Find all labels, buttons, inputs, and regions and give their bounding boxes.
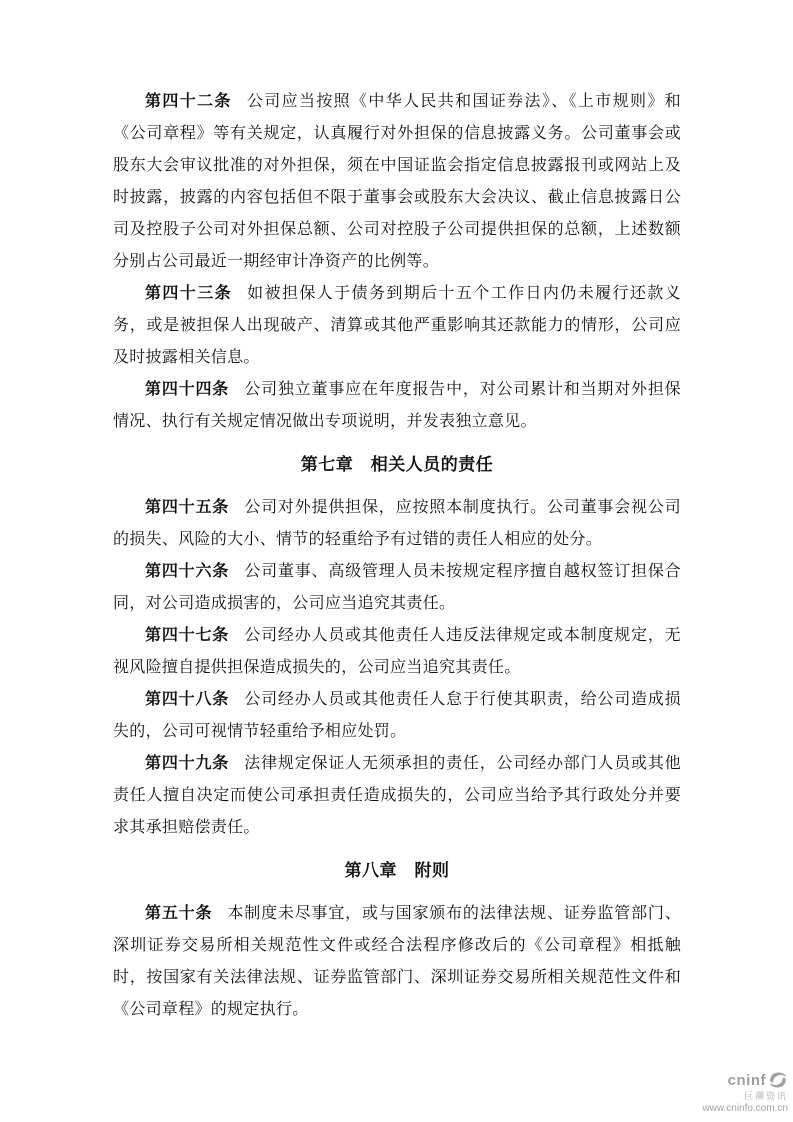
article-paragraph: 第四十六条公司董事、高级管理人员未按规定程序擅自越权签订担保合同，对公司造成损害… bbox=[113, 556, 681, 620]
chapter-heading: 第七章 相关人员的责任 bbox=[113, 449, 681, 481]
cninfo-logo-text: cninf bbox=[728, 1072, 766, 1089]
cninfo-website-url: www.cninfo.com.cn bbox=[702, 1103, 788, 1115]
cninfo-company-name: 巨潮资讯 bbox=[702, 1091, 788, 1101]
article-number: 第四十六条 bbox=[145, 563, 229, 580]
article-text: 公司应当按照《中华人民共和国证券法》、《上市规则》和《公司章程》等有关规定，认真… bbox=[113, 93, 681, 270]
article-paragraph: 第四十九条法律规定保证人无须承担的责任，公司经办部门人员或其他责任人擅自决定而使… bbox=[113, 748, 681, 844]
article-number: 第四十五条 bbox=[145, 499, 229, 516]
article-paragraph: 第五十条本制度未尽事宜，或与国家颁布的法律法规、证券监管部门、深圳证券交易所相关… bbox=[113, 898, 681, 1026]
article-number: 第五十条 bbox=[145, 905, 212, 922]
article-paragraph: 第四十七条公司经办人员或其他责任人违反法律规定或本制度规定，无视风险擅自提供担保… bbox=[113, 620, 681, 684]
cninfo-logo: cninf bbox=[702, 1070, 788, 1090]
article-number: 第四十九条 bbox=[145, 755, 229, 772]
article-number: 第四十七条 bbox=[145, 627, 229, 644]
document-body: 第四十二条公司应当按照《中华人民共和国证券法》、《上市规则》和《公司章程》等有关… bbox=[113, 86, 681, 1026]
article-number: 第四十二条 bbox=[145, 93, 232, 110]
article-paragraph: 第四十四条公司独立董事应在年度报告中，对公司累计和当期对外担保情况、执行有关规定… bbox=[113, 374, 681, 438]
article-paragraph: 第四十三条如被担保人于债务到期后十五个工作日内仍未履行还款义务，或是被担保人出现… bbox=[113, 278, 681, 374]
cninfo-swirl-icon bbox=[768, 1070, 788, 1090]
cninfo-watermark: cninf 巨潮资讯 www.cninfo.com.cn bbox=[702, 1070, 788, 1114]
article-number: 第四十四条 bbox=[145, 381, 229, 398]
article-paragraph: 第四十五条公司对外提供担保，应按照本制度执行。公司董事会视公司的损失、风险的大小… bbox=[113, 492, 681, 556]
article-paragraph: 第四十八条公司经办人员或其他责任人怠于行使其职责，给公司造成损失的，公司可视情节… bbox=[113, 684, 681, 748]
chapter-heading: 第八章 附则 bbox=[113, 855, 681, 887]
document-page: { "page": { "background": "#ffffff", "te… bbox=[0, 0, 793, 1122]
article-paragraph: 第四十二条公司应当按照《中华人民共和国证券法》、《上市规则》和《公司章程》等有关… bbox=[113, 86, 681, 278]
article-number: 第四十八条 bbox=[145, 691, 229, 708]
article-number: 第四十三条 bbox=[145, 285, 232, 302]
